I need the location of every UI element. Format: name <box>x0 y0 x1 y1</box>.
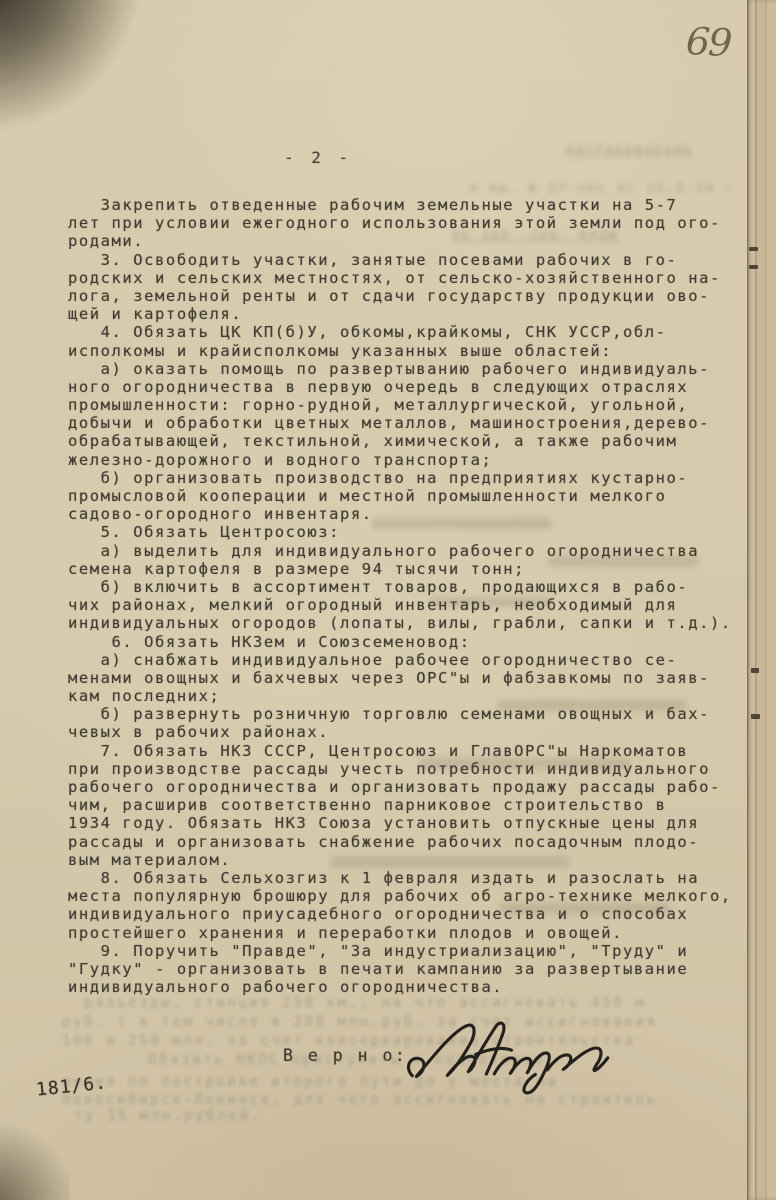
document-text-line: чевых в рабочих районах. <box>68 723 758 741</box>
document-text-line: рабочего огородничества и организовать п… <box>68 778 758 796</box>
document-text-line: исполкомы и крайисполкомы указанных выше… <box>68 342 758 360</box>
page-number-header: - 2 - <box>284 148 352 167</box>
document-text-line: простейшего хранения и переработки плодо… <box>68 924 758 942</box>
document-text-line: индивидуального приусадебного огородниче… <box>68 905 758 923</box>
document-text-line: "Гудку" - организовать в печати кампанию… <box>68 960 758 978</box>
archival-number: 181/6. <box>35 1072 108 1100</box>
document-text-line: обрабатывающей, текстильной, химической,… <box>68 432 758 450</box>
certification-label: В е р н о: <box>283 1046 407 1065</box>
document-text-line: ного огородничества в первую очередь в с… <box>68 378 758 396</box>
ink-mark <box>751 668 759 673</box>
document-text-line: лога, земельной ренты и от сдачи государ… <box>68 287 758 305</box>
document-text-line: промысловой кооперации и местной промышл… <box>68 487 758 505</box>
document-text-line: а) выделить для индивидуального рабочего… <box>68 542 758 560</box>
document-text-line: а) снабжать индивидуальное рабочее огоро… <box>68 651 758 669</box>
bleedthrough-fragment: к пр. № 27-опс от 25.I.34 г. <box>470 181 745 195</box>
handwritten-page-number: 69 <box>685 19 732 65</box>
document-text-line: чим, расширив соответственно парниковое … <box>68 796 758 814</box>
document-text-line: рассады и организовать снабжение рабочих… <box>68 833 758 851</box>
ink-mark <box>749 265 758 269</box>
ink-mark <box>751 714 760 719</box>
ink-mark <box>749 247 758 251</box>
document-text-line: кам последних; <box>68 687 758 705</box>
bleedthrough-fragment: разъезды, станция 250 км., на что ассигн… <box>84 995 646 1011</box>
document-text-line: менами овощных и бахчевых через ОРС"ы и … <box>68 669 758 687</box>
document-text-line: индивидуальных огородов (лопаты, вилы, г… <box>68 614 758 632</box>
document-text-line: вым материалом. <box>68 851 758 869</box>
document-text-line: 1934 году. Обязать НКЗ Союза установить … <box>68 814 758 832</box>
document-text-line: 9. Поручить "Правде", "За индустриализац… <box>68 942 758 960</box>
document-text-line: б) развернуть розничную торговлю семенам… <box>68 705 758 723</box>
document-text-line: 8. Обязать Сельхозгиз к 1 февраля издать… <box>68 869 758 887</box>
document-text-line: промышленности: горно-рудной, металлурги… <box>68 396 758 414</box>
bleedthrough-fragment: ту 15 млн.рублей. <box>74 1108 262 1124</box>
scan-shadow-bottom-left <box>0 1110 70 1200</box>
document-text-line: 6. Обязать НКЗем и Союзсеменовод: <box>68 633 758 651</box>
document-text-line: 3. Освободить участки, занятые посевами … <box>68 251 758 269</box>
signature <box>398 1010 638 1110</box>
scan-shadow-top-left <box>0 0 150 150</box>
page-edge-binding <box>747 0 776 1200</box>
document-text-line: 4. Обязать ЦК КП(б)У, обкомы,крайкомы, С… <box>68 323 758 341</box>
document-text-line: б) включить в ассортимент товаров, прода… <box>68 578 758 596</box>
document-text-line: 5. Обязать Центросоюз: <box>68 523 758 541</box>
bleedthrough-fragment: ПОСТАНОВЛЕНИЕ <box>566 144 694 158</box>
document-text-line: семена картофеля в размере 94 тысячи тон… <box>68 560 758 578</box>
scanned-document-page: ПОСТАНОВЛЕНИЕк пр. № 27-опс от 25.I.34 г… <box>0 0 776 1200</box>
document-text-line: индивидуального рабочего огородничества. <box>68 978 758 996</box>
document-text-line: садово-огородного инвентаря. <box>68 505 758 523</box>
document-text-line: при производстве рассады учесть потребно… <box>68 760 758 778</box>
document-text-line: Закрепить отведенные рабочим земельные у… <box>68 196 758 214</box>
document-text-line: щей и картофеля. <box>68 305 758 323</box>
document-text-line: добычи и обработки цветных металлов, маш… <box>68 414 758 432</box>
document-text-line: родами. <box>68 232 758 250</box>
document-text-line: 7. Обязать НКЗ СССР, Центросоюз и ГлавОР… <box>68 742 758 760</box>
document-text-line: а) оказать помощь по развертыванию рабоч… <box>68 360 758 378</box>
document-text-line: места популярную брошюру для рабочих об … <box>68 887 758 905</box>
document-text-line: железно-дорожного и водного транспорта; <box>68 451 758 469</box>
document-text-line: чих районах, мелкий огородный инвентарь,… <box>68 596 758 614</box>
document-body: Закрепить отведенные рабочим земельные у… <box>68 196 758 996</box>
document-text-line: б) организовать производство на предприя… <box>68 469 758 487</box>
document-text-line: лет при условии ежегодного использования… <box>68 214 758 232</box>
document-text-line: родских и сельских местностях, от сельск… <box>68 269 758 287</box>
